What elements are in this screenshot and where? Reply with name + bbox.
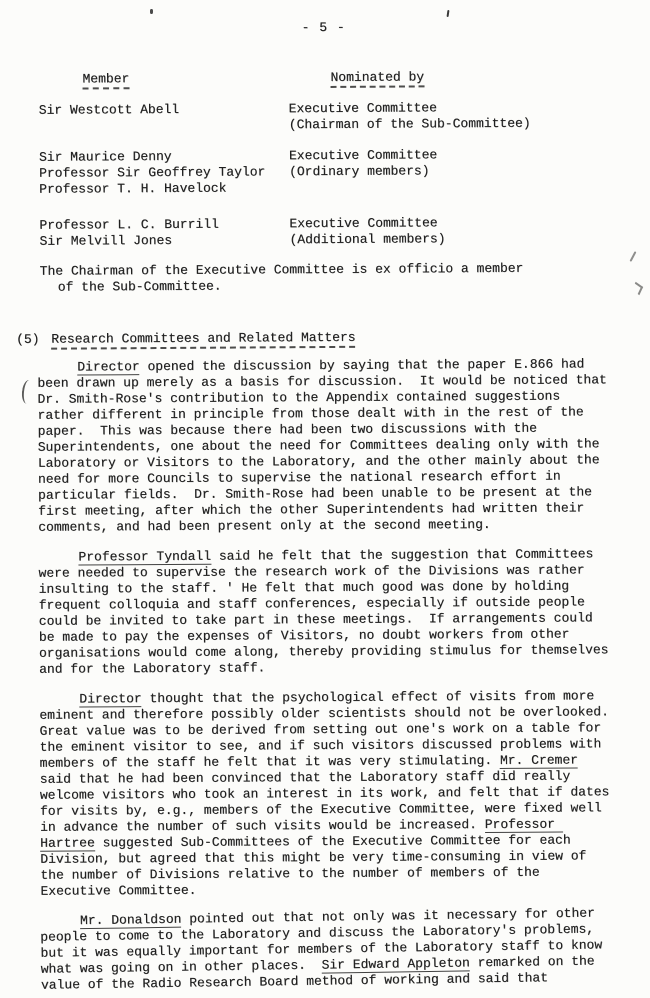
nominated-by-line: (Additional members) xyxy=(289,230,613,248)
page-content: - 5 - Member Nominated by Sir Westcott A… xyxy=(0,0,650,998)
table-header-row: Member Nominated by xyxy=(35,68,612,88)
document-page: - 5 - Member Nominated by Sir Westcott A… xyxy=(0,0,650,998)
nominated-by-line: Executive Committee xyxy=(289,146,613,164)
member-name: Professor Sir Geoffrey Taylor xyxy=(39,164,289,182)
section-title: Research Committees and Related Matters xyxy=(51,330,355,350)
member-table: Member Nominated by Sir Westcott AbellEx… xyxy=(35,68,613,250)
member-cell: Sir Westcott Abell xyxy=(36,101,289,135)
member-cell: Sir Maurice DennyProfessor Sir Geoffrey … xyxy=(36,148,289,198)
member-name: Sir Westcott Abell xyxy=(39,101,289,119)
member-name: Professor L. C. Burrill xyxy=(39,216,289,234)
nominated-by-cell: Executive Committee(Ordinary members) xyxy=(289,146,613,196)
note-line-2: of the Sub-Committee. xyxy=(40,276,614,296)
speaker-name: Mr. Donaldson xyxy=(80,912,182,930)
table-header-nominated-cell: Nominated by xyxy=(288,68,612,86)
paragraph: Director opened the discussion by saying… xyxy=(37,356,615,536)
nominated-by-line: (Ordinary members) xyxy=(289,162,613,180)
paragraph-text: said he felt that the suggestion that Co… xyxy=(38,546,616,676)
speaker-name: Director xyxy=(77,359,140,375)
column-header-nominated-by: Nominated by xyxy=(330,69,424,88)
speaker-name: Director xyxy=(79,691,142,707)
ex-officio-note: The Chairman of the Executive Committee … xyxy=(37,260,614,296)
table-rows: Sir Westcott AbellExecutive Committee(Ch… xyxy=(36,99,614,250)
paragraphs-container: Director opened the discussion by saying… xyxy=(37,356,618,994)
table-row: Professor L. C. BurrillSir Melvill Jones… xyxy=(36,214,613,250)
section-heading: (5) Research Committees and Related Matt… xyxy=(16,328,614,348)
paragraph-text: suggested Sub-Committees of the Executiv… xyxy=(40,832,594,898)
paragraph-text: opened the discussion by saying that the… xyxy=(37,356,614,534)
nominated-by-line: (Chairman of the Sub-Committee) xyxy=(289,115,613,133)
nominated-by-line: Executive Committee xyxy=(289,214,613,232)
paragraph: Professor Tyndall said he felt that the … xyxy=(38,546,616,678)
member-name: Sir Maurice Denny xyxy=(39,148,289,166)
table-row: Sir Maurice DennyProfessor Sir Geoffrey … xyxy=(36,146,613,198)
nominated-by-cell: Executive Committee(Chairman of the Sub-… xyxy=(289,99,613,133)
member-cell: Professor L. C. BurrillSir Melvill Jones xyxy=(36,216,289,250)
member-name: Professor T. H. Havelock xyxy=(39,180,289,198)
page-number: - 5 - xyxy=(35,18,612,38)
paragraph: Mr. Donaldson pointed out that not only … xyxy=(40,905,618,994)
speaker-name: Professor Tyndall xyxy=(78,549,211,566)
member-name: Sir Melvill Jones xyxy=(39,232,289,250)
table-row: Sir Westcott AbellExecutive Committee(Ch… xyxy=(36,99,613,135)
table-header-member-cell: Member xyxy=(35,70,288,88)
paragraph: Director thought that the psychological … xyxy=(39,688,617,900)
scan-artifact-speck xyxy=(150,9,153,14)
column-header-member: Member xyxy=(82,71,129,89)
speaker-name: Mr. Cremer xyxy=(500,752,578,768)
nominated-by-cell: Executive Committee(Additional members) xyxy=(289,214,613,248)
nominated-by-line: Executive Committee xyxy=(289,99,613,117)
section-number: (5) xyxy=(16,332,39,347)
